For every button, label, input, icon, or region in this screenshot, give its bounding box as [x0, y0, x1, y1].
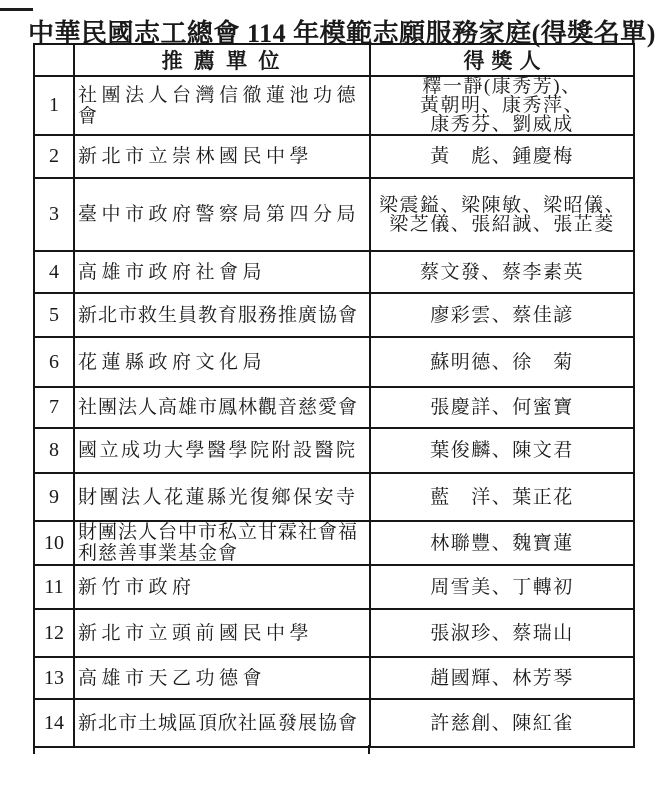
row-index: 8: [34, 428, 74, 473]
winners-cell: 張淑珍、蔡瑞山: [370, 609, 634, 657]
row-index: 14: [34, 699, 74, 747]
table-continuation-stub-divider: [368, 745, 370, 754]
unit-cell: 新竹市政府: [74, 565, 370, 609]
row-index: 5: [34, 293, 74, 337]
table-row: 5 新北市救生員教育服務推廣協會 廖彩雲、蔡佳諺: [34, 293, 634, 337]
winners-cell: 趙國輝、林芳琴: [370, 657, 634, 699]
table-row: 10 財團法人台中市私立甘霖社會福 利慈善事業基金會 林聯豐、魏寶蓮: [34, 521, 634, 565]
unit-cell: 社團法人高雄市鳳林觀音慈愛會: [74, 387, 370, 428]
winners-cell: 林聯豐、魏寶蓮: [370, 521, 634, 565]
winners-cell: 許慈創、陳紅雀: [370, 699, 634, 747]
table-continuation-stub-left: [33, 745, 35, 754]
winners-cell: 蘇明德、徐 菊: [370, 337, 634, 387]
table-row: 11 新竹市政府 周雪美、丁轉初: [34, 565, 634, 609]
table-row: 1 社團法人台灣信徹蓮池功德會 釋一靜(康秀芳)、 黃朝明、康秀萍、 康秀芬、劉…: [34, 76, 634, 135]
unit-cell: 新北市立崇林國民中學: [74, 135, 370, 178]
table-row: 12 新北市立頭前國民中學 張淑珍、蔡瑞山: [34, 609, 634, 657]
row-index: 9: [34, 473, 74, 521]
award-winners-table: 推 薦 單 位 得獎人 1 社團法人台灣信徹蓮池功德會 釋一靜(康秀芳)、 黃朝…: [33, 43, 635, 748]
unit-cell: 財團法人台中市私立甘霖社會福 利慈善事業基金會: [74, 521, 370, 565]
row-index: 1: [34, 76, 74, 135]
winners-cell: 葉俊麟、陳文君: [370, 428, 634, 473]
row-index: 12: [34, 609, 74, 657]
unit-cell: 花蓮縣政府文化局: [74, 337, 370, 387]
unit-cell: 新北市救生員教育服務推廣協會: [74, 293, 370, 337]
unit-cell: 新北市立頭前國民中學: [74, 609, 370, 657]
row-index: 3: [34, 178, 74, 251]
winners-cell: 周雪美、丁轉初: [370, 565, 634, 609]
unit-column-header: 推 薦 單 位: [74, 44, 370, 76]
table-header-row: 推 薦 單 位 得獎人: [34, 44, 634, 76]
row-index: 4: [34, 251, 74, 293]
table-row: 14 新北市土城區頂欣社區發展協會 許慈創、陳紅雀: [34, 699, 634, 747]
table-row: 4 高雄市政府社會局 蔡文發、蔡李素英: [34, 251, 634, 293]
row-index: 2: [34, 135, 74, 178]
table-row: 8 國立成功大學醫學院附設醫院 葉俊麟、陳文君: [34, 428, 634, 473]
row-index: 7: [34, 387, 74, 428]
table-row: 13 高雄市天乙功德會 趙國輝、林芳琴: [34, 657, 634, 699]
table-row: 9 財團法人花蓮縣光復鄉保安寺 藍 洋、葉正花: [34, 473, 634, 521]
winners-cell: 廖彩雲、蔡佳諺: [370, 293, 634, 337]
row-index: 11: [34, 565, 74, 609]
unit-cell: 高雄市政府社會局: [74, 251, 370, 293]
unit-cell: 社團法人台灣信徹蓮池功德會: [74, 76, 370, 135]
unit-cell: 新北市土城區頂欣社區發展協會: [74, 699, 370, 747]
winners-cell: 梁震鎰、梁陳敏、梁昭儀、 梁芝儀、張紹誠、張芷菱: [370, 178, 634, 251]
unit-cell: 財團法人花蓮縣光復鄉保安寺: [74, 473, 370, 521]
index-header-cell: [34, 44, 74, 76]
table-row: 2 新北市立崇林國民中學 黃 彪、鍾慶梅: [34, 135, 634, 178]
table-row: 6 花蓮縣政府文化局 蘇明德、徐 菊: [34, 337, 634, 387]
winners-cell: 藍 洋、葉正花: [370, 473, 634, 521]
winners-column-header: 得獎人: [370, 44, 634, 76]
table-row: 3 臺中市政府警察局第四分局 梁震鎰、梁陳敏、梁昭儀、 梁芝儀、張紹誠、張芷菱: [34, 178, 634, 251]
unit-cell: 國立成功大學醫學院附設醫院: [74, 428, 370, 473]
row-index: 6: [34, 337, 74, 387]
row-index: 10: [34, 521, 74, 565]
winners-cell: 釋一靜(康秀芳)、 黃朝明、康秀萍、 康秀芬、劉威成: [370, 76, 634, 135]
winners-cell: 蔡文發、蔡李素英: [370, 251, 634, 293]
unit-cell: 高雄市天乙功德會: [74, 657, 370, 699]
winners-cell: 張慶詳、何蜜寶: [370, 387, 634, 428]
winners-cell: 黃 彪、鍾慶梅: [370, 135, 634, 178]
scan-artifact-line: [0, 8, 33, 11]
row-index: 13: [34, 657, 74, 699]
unit-cell: 臺中市政府警察局第四分局: [74, 178, 370, 251]
table-row: 7 社團法人高雄市鳳林觀音慈愛會 張慶詳、何蜜寶: [34, 387, 634, 428]
